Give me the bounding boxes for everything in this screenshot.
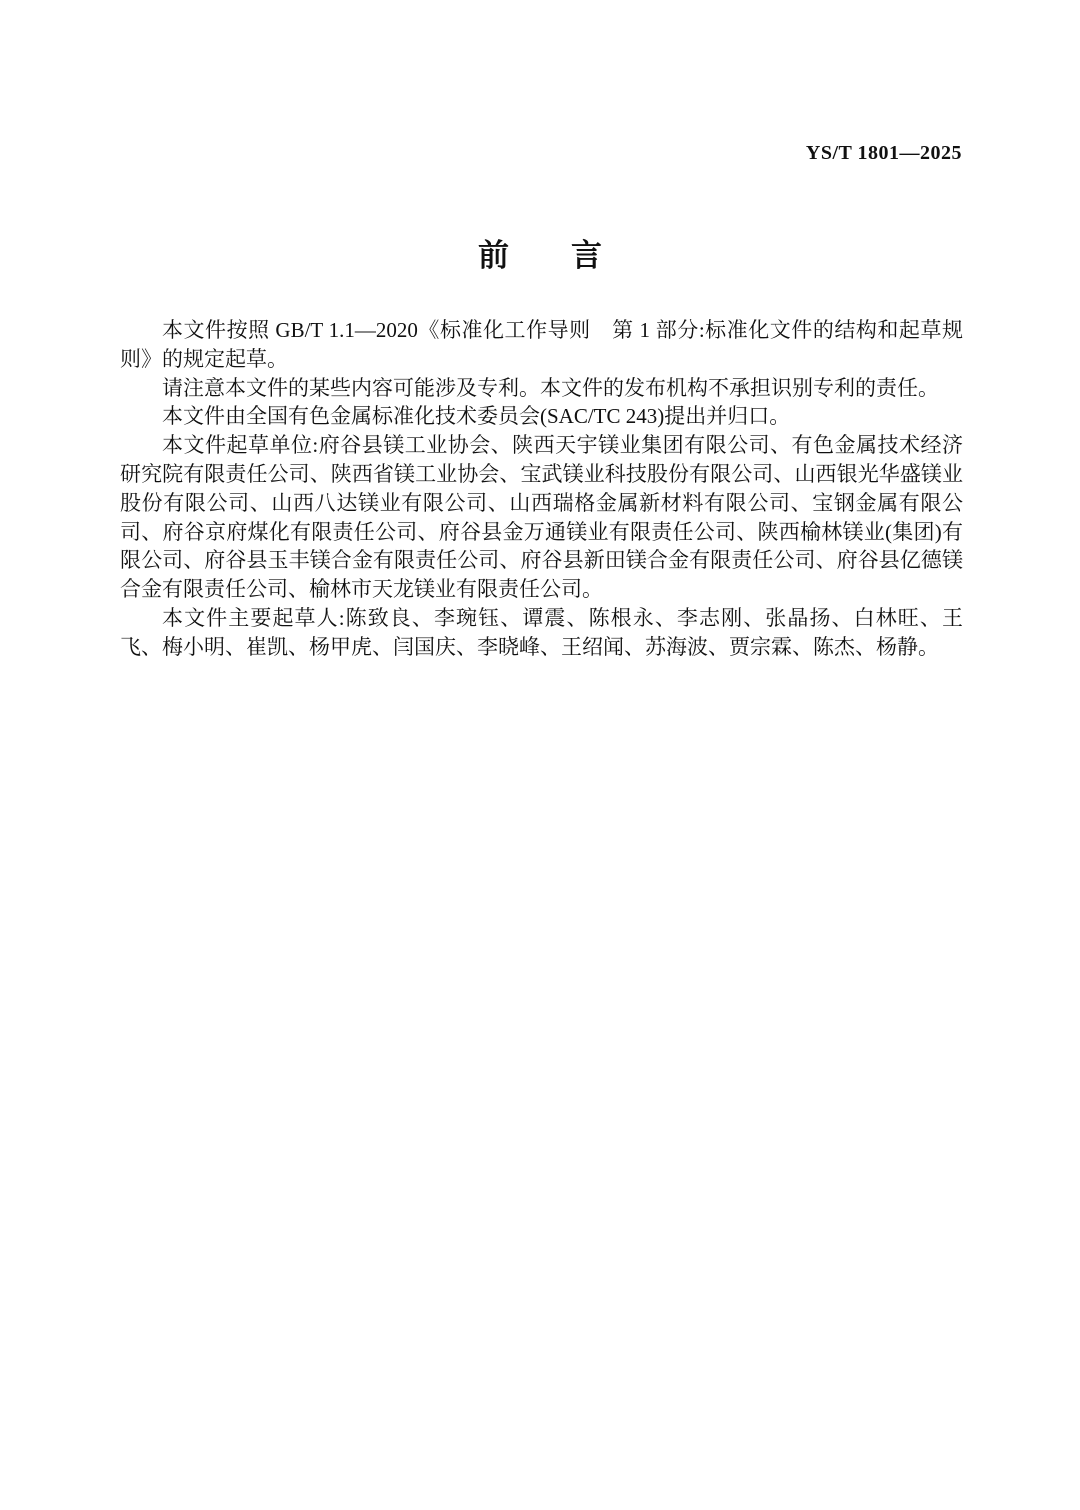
- document-page: YS/T 1801—2025 前 言 本文件按照 GB/T 1.1—2020《标…: [0, 0, 1080, 1510]
- standard-number: YS/T 1801—2025: [806, 142, 962, 165]
- page-title: 前 言: [0, 230, 1080, 275]
- paragraph-drafting-rules: 本文件按照 GB/T 1.1—2020《标准化工作导则 第 1 部分:标准化文件…: [120, 316, 963, 374]
- paragraph-main-drafters: 本文件主要起草人:陈致良、李琬钰、谭震、陈根永、李志刚、张晶扬、白林旺、王飞、梅…: [120, 604, 963, 662]
- paragraph-committee: 本文件由全国有色金属标准化技术委员会(SAC/TC 243)提出并归口。: [120, 402, 963, 431]
- paragraph-patent-notice: 请注意本文件的某些内容可能涉及专利。本文件的发布机构不承担识别专利的责任。: [120, 374, 963, 403]
- foreword-body: 本文件按照 GB/T 1.1—2020《标准化工作导则 第 1 部分:标准化文件…: [120, 316, 963, 662]
- paragraph-drafting-organizations: 本文件起草单位:府谷县镁工业协会、陕西天宇镁业集团有限公司、有色金属技术经济研究…: [120, 431, 963, 604]
